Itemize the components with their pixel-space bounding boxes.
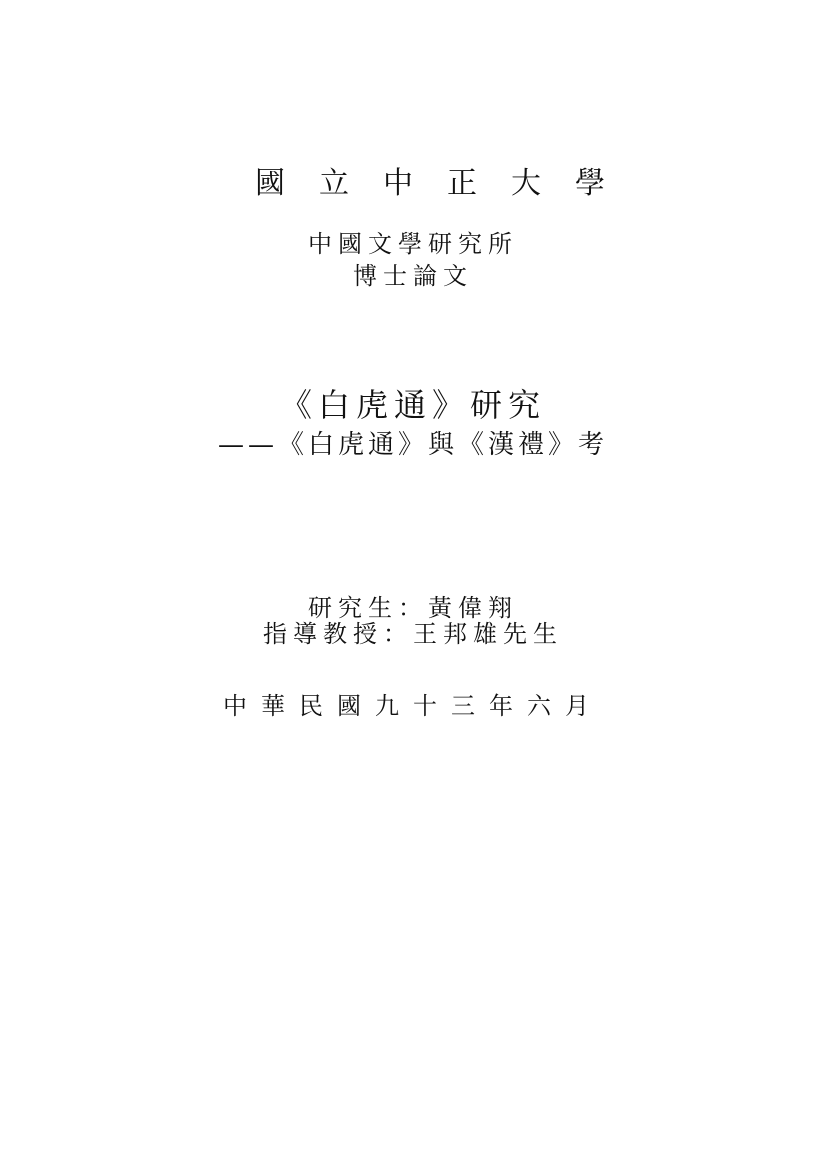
degree-type: 博士論文 [0,256,826,291]
university-name: 國立中正大學 [0,158,826,202]
thesis-title: 《白虎通》研究 [0,380,826,426]
thesis-subtitle: ——《白虎通》與《漢禮》考 [0,424,826,461]
submission-date: 中華民國九十三年六月 [0,686,826,721]
department-name: 中國文學研究所 [0,224,826,259]
advisor-line: 指導教授：王邦雄先生 [0,614,826,649]
